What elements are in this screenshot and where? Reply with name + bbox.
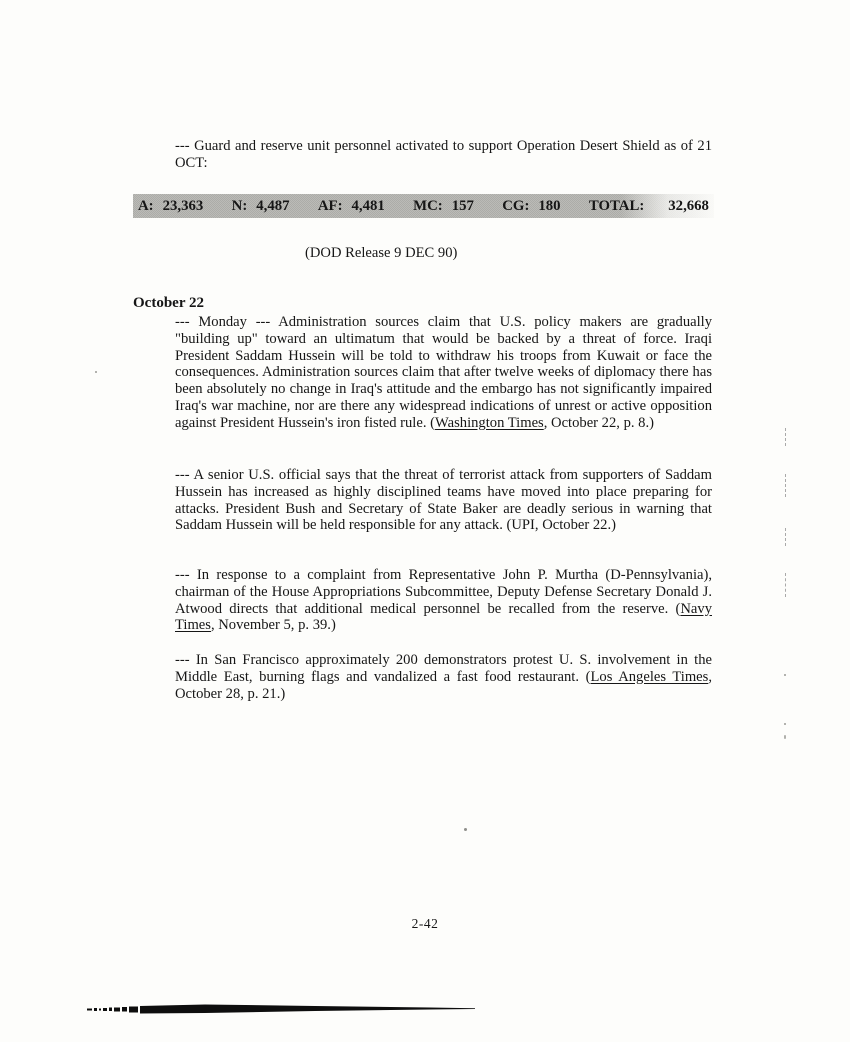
service-stats-bar: A:23,363N:4,487AF:4,481MC:157CG:180TOTAL… <box>133 194 714 218</box>
stat-value: 32,668 <box>668 198 709 214</box>
document-page: --- Guard and reserve unit personnel act… <box>0 0 850 1042</box>
scan-artifact-speck <box>784 723 786 725</box>
stat-value: 23,363 <box>163 198 204 214</box>
scan-artifact-speck <box>784 674 786 676</box>
scan-artifact-speck <box>464 828 467 831</box>
stat-pair: MC:157 <box>413 198 474 215</box>
stat-value: 4,487 <box>256 198 289 214</box>
paragraph-text: , October 22, p. 8.) <box>544 415 654 431</box>
paragraph: --- In San Francisco approximately 200 d… <box>175 652 712 702</box>
paragraph: --- In response to a complaint from Repr… <box>175 567 712 634</box>
stat-label: A: <box>138 198 154 214</box>
stat-pair: AF:4,481 <box>318 198 385 215</box>
paragraph: --- Monday --- Administration sources cl… <box>175 314 712 432</box>
stat-label: CG: <box>502 198 529 214</box>
stat-label: AF: <box>318 198 343 214</box>
stat-label: TOTAL: <box>589 198 644 214</box>
citation-underline: Washington Times <box>435 415 544 431</box>
scan-artifact-speck <box>95 371 97 373</box>
scan-artifact-streak <box>85 1000 485 1022</box>
paragraph-text: --- Monday --- Administration sources cl… <box>175 314 712 431</box>
stat-pair: A:23,363 <box>138 198 203 215</box>
intro-paragraph: --- Guard and reserve unit personnel act… <box>175 138 712 172</box>
stat-value: 180 <box>538 198 560 214</box>
stat-value: 4,481 <box>352 198 385 214</box>
section-heading: October 22 <box>133 295 204 312</box>
stat-label: N: <box>232 198 248 214</box>
scan-artifact-speck <box>784 735 786 739</box>
release-note: (DOD Release 9 DEC 90) <box>305 245 457 262</box>
paragraph-text: --- In response to a complaint from Repr… <box>175 567 712 617</box>
scan-artifact-dash <box>785 528 786 546</box>
paragraph-text: --- A senior U.S. official says that the… <box>175 467 712 533</box>
stat-pair: N:4,487 <box>232 198 290 215</box>
stat-label: MC: <box>413 198 443 214</box>
stat-pair: TOTAL:32,668 <box>589 198 709 215</box>
page-number: 2-42 <box>0 916 850 932</box>
citation-underline: Los Angeles Times <box>591 669 709 685</box>
scan-artifact-dash <box>785 573 786 597</box>
paragraph-text: , November 5, p. 39.) <box>211 617 336 633</box>
paragraph: --- A senior U.S. official says that the… <box>175 467 712 534</box>
stat-pair: CG:180 <box>502 198 560 215</box>
scan-artifact-dash <box>785 428 786 446</box>
stat-value: 157 <box>452 198 474 214</box>
scan-artifact-dash <box>785 474 786 497</box>
